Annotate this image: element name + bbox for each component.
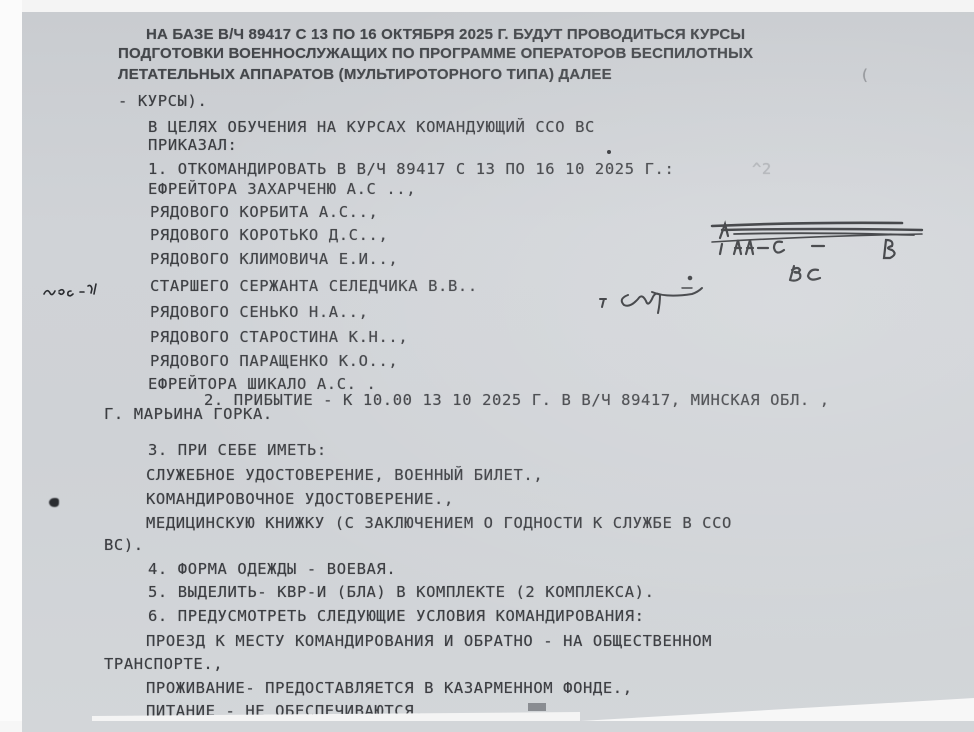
item6-line-a1: ПРОЕЗД К МЕСТУ КОМАНДИРОВАНИЯ И ОБРАТНО …: [146, 632, 712, 650]
item1-header-faint: ^2: [752, 160, 772, 178]
ink-speck-icon: [607, 150, 611, 154]
item6-line-a2: ТРАНСПОРТЕ.,: [104, 655, 223, 673]
personnel-row: РЯДОВОГО ПАРАЩЕНКО К.О..,: [150, 352, 398, 370]
item6-line-b: ПРОЖИВАНИЕ- ПРЕДОСТАВЛЯЕТСЯ В КАЗАРМЕННО…: [146, 679, 633, 697]
personnel-rank: РЯДОВОГО: [150, 352, 229, 370]
item4-line: 4. ФОРМА ОДЕЖДЫ - ВОЕВАЯ.: [148, 560, 396, 578]
intro-line-4: - КУРСЫ).: [118, 92, 207, 110]
scanned-document-page: НА БАЗЕ В/Ч 89417 С 13 ПО 16 ОКТЯБРЯ 202…: [22, 12, 974, 721]
personnel-name: КОРОТЬКО Д.С..,: [239, 226, 388, 244]
personnel-row: РЯДОВОГО СЕНЬКО Н.А..,: [150, 303, 369, 321]
item2-line-2: Г. МАРЬИНА ГОРКА.: [104, 405, 273, 423]
punch-mark-icon: [49, 498, 59, 507]
item1-header: 1. ОТКОМАНДИРОВАТЬ В В/Ч 89417 С 13 ПО 1…: [148, 160, 674, 178]
personnel-rank: РЯДОВОГО: [150, 203, 229, 221]
personnel-name: КОРБИТА А.С..,: [239, 203, 378, 221]
intro-line-1: НА БАЗЕ В/Ч 89417 С 13 ПО 16 ОКТЯБРЯ 202…: [146, 26, 745, 43]
personnel-rank: РЯДОВОГО: [150, 250, 229, 268]
personnel-name: СТАРОСТИНА К.Н..,: [239, 328, 408, 346]
intro-line-2: ПОДГОТОВКИ ВОЕННОСЛУЖАЩИХ ПО ПРОГРАММЕ О…: [118, 45, 753, 62]
margin-handwriting-icon: [44, 284, 96, 296]
item3-line-c1: МЕДИЦИНСКУЮ КНИЖКУ (С ЗАКЛЮЧЕНИЕМ О ГОДН…: [146, 514, 732, 532]
personnel-rank: СТАРШЕГО СЕРЖАНТА: [150, 277, 319, 295]
intro-line-3-paren: (: [860, 66, 870, 84]
item3-line-a: СЛУЖЕБНОЕ УДОСТОВЕРЕНИЕ, ВОЕННЫЙ БИЛЕТ.,: [146, 466, 543, 484]
purpose-line-1: В ЦЕЛЯХ ОБУЧЕНИЯ НА КУРСАХ КОМАНДУЮЩИЙ С…: [148, 118, 595, 136]
intro-line-3: ЛЕТАТЕЛЬНЫХ АППАРАТОВ (МУЛЬТИРОТОРНОГО Т…: [118, 66, 612, 83]
signature-scribble-icon: [600, 277, 702, 313]
personnel-rank: РЯДОВОГО: [150, 226, 229, 244]
personnel-row: РЯДОВОГО КОРОТЬКО Д.С..,: [150, 226, 388, 244]
item6-line-c: ПИТАНИЕ - НЕ ОБЕСПЕЧИВАЮТСЯ.: [146, 702, 424, 720]
item5-line: 5. ВЫДЕЛИТЬ- КВР-И (БЛА) В КОМПЛЕКТЕ (2 …: [148, 583, 655, 601]
item2-line-1: 2. ПРИБЫТИЕ - К 10.00 13 10 2025 Г. В В/…: [204, 391, 830, 409]
struck-handwritten-note-icon: [712, 223, 922, 258]
personnel-rank: ЕФРЕЙТОРА: [148, 180, 237, 198]
item3-header: 3. ПРИ СЕБЕ ИМЕТЬ:: [148, 441, 327, 459]
personnel-row: РЯДОВОГО КОРБИТА А.С..,: [150, 203, 378, 221]
item3-line-b: КОМАНДИРОВОЧНОЕ УДОСТОВЕРЕНИЕ.,: [146, 490, 454, 508]
personnel-rank: РЯДОВОГО: [150, 328, 229, 346]
scan-left-border: [0, 0, 23, 721]
personnel-name: СЕЛЕДЧИКА В.В..: [329, 277, 478, 295]
personnel-name: СЕНЬКО Н.А..,: [239, 303, 368, 321]
personnel-row: РЯДОВОГО СТАРОСТИНА К.Н..,: [150, 328, 408, 346]
personnel-rank: РЯДОВОГО: [150, 303, 229, 321]
personnel-row: ЕФРЕЙТОРА ЗАХАРЧЕНЮ А.С ..,: [148, 180, 416, 198]
handwritten-vs-icon: [682, 266, 820, 288]
personnel-row: РЯДОВОГО КЛИМОВИЧА Е.И..,: [150, 250, 398, 268]
purpose-line-2: ПРИКАЗАЛ:: [148, 136, 237, 154]
scan-top-border: [22, 0, 974, 12]
personnel-row: СТАРШЕГО СЕРЖАНТА СЕЛЕДЧИКА В.В..: [150, 277, 478, 295]
personnel-name: ПАРАЩЕНКО К.О..,: [239, 352, 398, 370]
item6-header: 6. ПРЕДУСМОТРЕТЬ СЛЕДУЮЩИЕ УСЛОВИЯ КОМАН…: [148, 607, 645, 625]
item3-line-c2: ВС).: [104, 536, 144, 554]
personnel-name: ЗАХАРЧЕНЮ А.С ..,: [247, 180, 416, 198]
personnel-name: КЛИМОВИЧА Е.И..,: [239, 250, 398, 268]
